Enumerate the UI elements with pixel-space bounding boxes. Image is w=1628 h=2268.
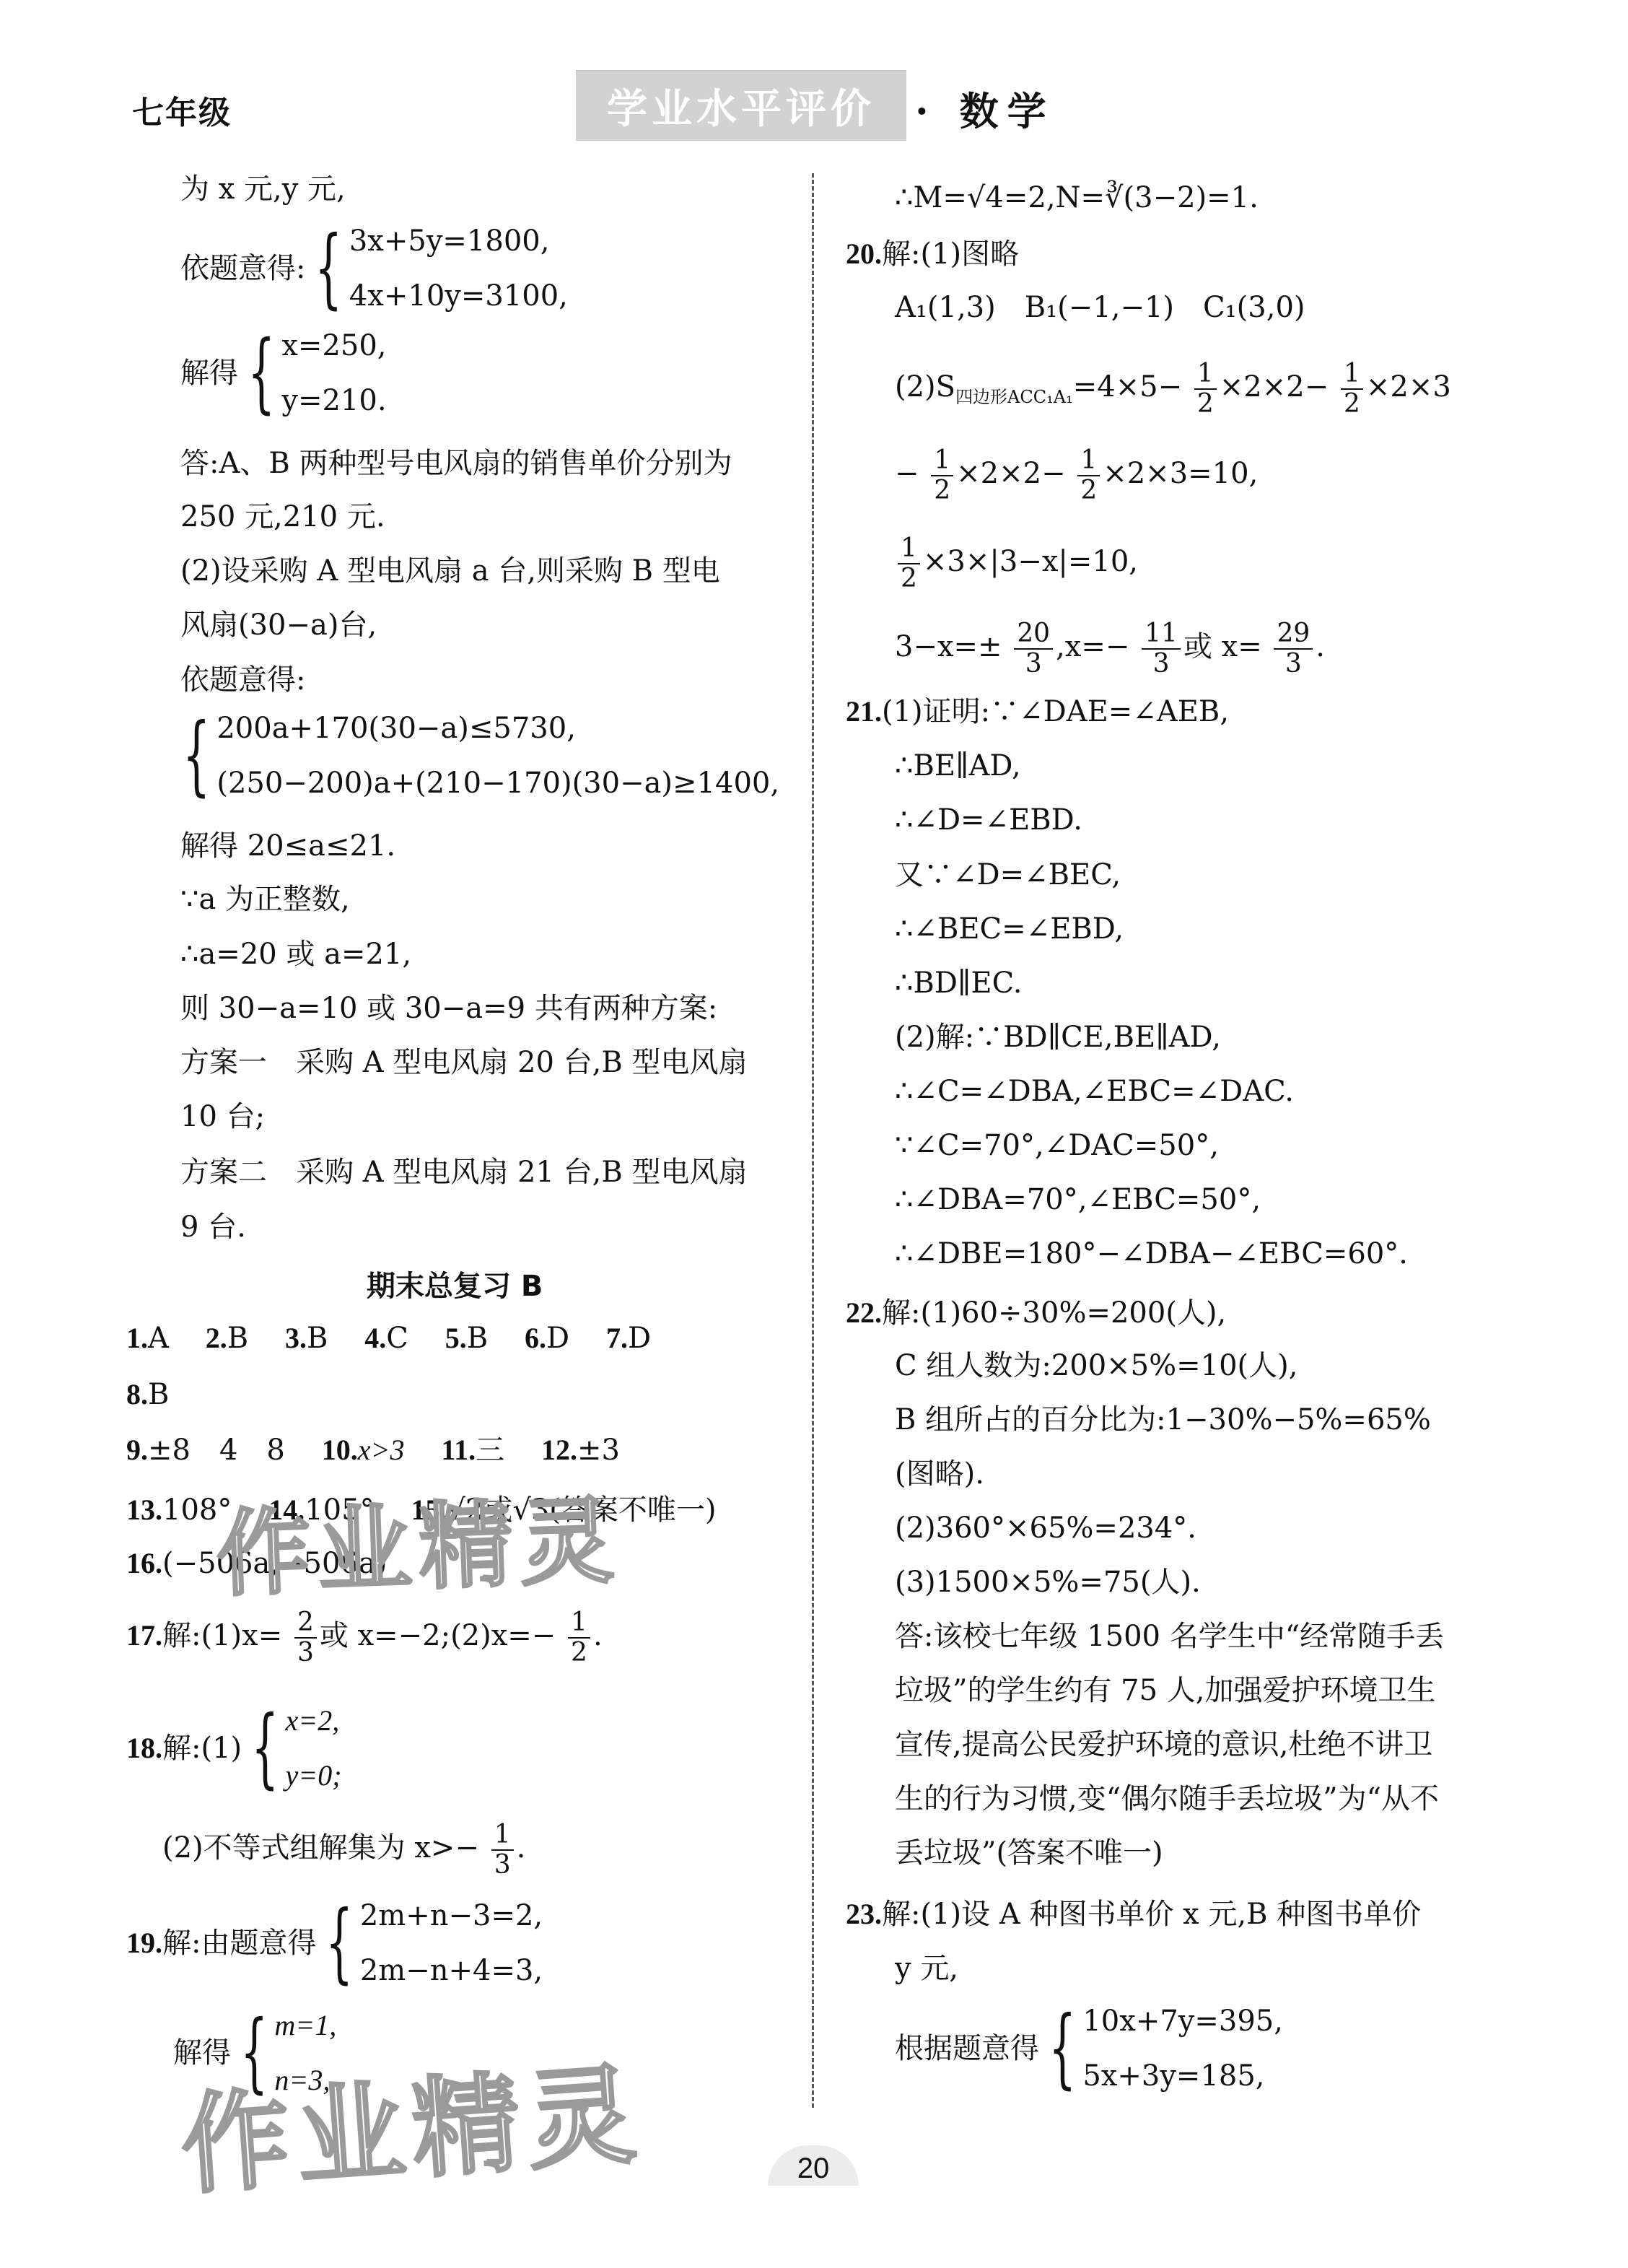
question-number: 15. xyxy=(411,1493,447,1526)
answer-text: . xyxy=(593,1619,603,1652)
question-number: 10. xyxy=(322,1434,358,1466)
answer-row: 12×3×|3−x|=10, xyxy=(895,534,1138,593)
answer-row: 9.±8 4 8 10.x>3 11.三 12.±3 xyxy=(126,1433,620,1467)
text-line: (3)1500×5%=75(人). xyxy=(895,1565,1201,1600)
text-line: ∴a=20 或 a=21, xyxy=(180,937,411,972)
answer-row: 13.108° 14.105° 15.√2或√3(答案不唯一) xyxy=(126,1493,717,1527)
denominator: 2 xyxy=(901,564,917,593)
answer-text: . xyxy=(517,1831,526,1864)
answer-text: 解:(1)x= xyxy=(162,1619,282,1652)
answer-value: B xyxy=(227,1322,248,1355)
answer-value: (−506a,−506a) xyxy=(162,1547,387,1580)
text-line: ∴∠D=∠EBD. xyxy=(895,803,1082,837)
text-line: A₁(1,3) B₁(−1,−1) C₁(3,0) xyxy=(895,290,1305,325)
answer-row: 19.解:由题意得 { 2m+n−3=2, 2m−n+4=3, xyxy=(126,1898,543,1988)
equation-system: 根据题意得 { 10x+7y=395, 5x+3y=185, xyxy=(895,2004,1283,2093)
denominator: 3 xyxy=(1025,650,1042,679)
numerator: 1 xyxy=(1341,359,1363,390)
series-banner: 学业水平评价 xyxy=(576,70,906,141)
answer-value: 三 xyxy=(476,1434,504,1467)
grade-label: 七年级 xyxy=(132,87,232,133)
answer-value: x>3 xyxy=(358,1434,405,1466)
equation-row: x=2, xyxy=(286,1704,342,1738)
fraction: 12 xyxy=(898,534,920,593)
answer-text: 或 x= xyxy=(1183,630,1262,663)
answer-text: 解:(1)图略 xyxy=(882,237,1019,271)
column-divider xyxy=(812,173,814,2108)
text-line: ∴∠DBA=70°,∠EBC=50°, xyxy=(895,1182,1261,1217)
subscript: 四边形ACC₁A₁ xyxy=(955,387,1073,407)
answer-text: ×2×2− xyxy=(1220,370,1329,404)
text-line: 垃圾”的学生约有 75 人,加强爱护环境卫生 xyxy=(895,1673,1436,1708)
answer-value: A xyxy=(148,1322,169,1355)
question-number: 16. xyxy=(126,1547,162,1579)
answer-value: B xyxy=(148,1378,169,1411)
equation-row: y=210. xyxy=(281,383,386,418)
answer-row: 解得 { m=1, n=3, xyxy=(173,2008,336,2098)
answer-text: 解:由题意得 xyxy=(162,1926,316,1960)
equation-row: 2m−n+4=3, xyxy=(360,1953,543,1988)
question-number: 21. xyxy=(846,695,882,728)
watermark: 作业精灵 xyxy=(214,1465,623,1614)
question-number: 1. xyxy=(126,1322,148,1354)
question-number: 20. xyxy=(846,237,882,270)
series-title: 学业水平评价 xyxy=(607,77,875,135)
denominator: 2 xyxy=(1197,390,1214,419)
answer-value: 105° xyxy=(305,1493,374,1527)
answer-text: (2)不等式组解集为 x>− xyxy=(162,1831,479,1864)
answer-text: ×2×3=10, xyxy=(1103,457,1258,490)
text-line: 答:该校七年级 1500 名学生中“经常随手丢 xyxy=(895,1619,1444,1654)
denominator: 3 xyxy=(494,1851,511,1880)
fraction: 12 xyxy=(1077,446,1100,505)
inequality-row: (250−200)a+(210−170)(30−a)≥1400, xyxy=(216,766,779,801)
answer-value: 108° xyxy=(162,1493,232,1527)
answer-value: B xyxy=(307,1322,328,1355)
text-line: 则 30−a=10 或 30−a=9 共有两种方案: xyxy=(180,991,717,1026)
question-number: 2. xyxy=(206,1322,227,1354)
equation-row: y=0; xyxy=(286,1758,342,1793)
text-line: ∴BE∥AD, xyxy=(895,749,1021,783)
answer-row: (2)不等式组解集为 x>− 13. xyxy=(162,1820,525,1880)
brace-icon: { xyxy=(251,1705,279,1792)
numerator: 2 xyxy=(294,1608,317,1639)
text-line: 宣传,提高公民爱护环境的意识,杜绝不讲卫 xyxy=(895,1727,1432,1762)
text-line: 10 台; xyxy=(180,1099,265,1134)
fraction: 293 xyxy=(1274,619,1313,679)
text-line: y 元, xyxy=(895,1951,958,1986)
fraction: 12 xyxy=(1341,359,1363,419)
text-line: 为 x 元,y 元, xyxy=(180,172,346,206)
answer-value: D xyxy=(546,1322,569,1355)
denominator: 2 xyxy=(934,476,950,505)
fraction: 12 xyxy=(1194,359,1217,419)
equation-row: 2m+n−3=2, xyxy=(360,1898,543,1933)
text-line: 方案一 采购 A 型电风扇 20 台,B 型电风扇 xyxy=(180,1045,747,1080)
answer-text: 解:(1)设 A 种图书单价 x 元,B 种图书单价 xyxy=(882,1898,1421,1931)
answer-row: 8.B xyxy=(126,1377,169,1412)
text-line: 方案二 采购 A 型电风扇 21 台,B 型电风扇 xyxy=(180,1155,747,1190)
text-line: C 组人数为:200×5%=10(人), xyxy=(895,1348,1297,1383)
text-line: 答:A、B 两种型号电风扇的销售单价分别为 xyxy=(180,446,732,481)
text-line: (2)设采购 A 型电风扇 a 台,则采购 B 型电 xyxy=(180,554,720,588)
numerator: 1 xyxy=(1194,359,1217,390)
answer-text: − xyxy=(895,457,919,490)
text-label: 依题意得: xyxy=(180,251,305,286)
brace-icon: { xyxy=(183,712,210,799)
question-number: 22. xyxy=(846,1296,882,1329)
inequality-row: 200a+170(30−a)≤5730, xyxy=(216,711,779,746)
equation-row: 10x+7y=395, xyxy=(1082,2004,1283,2038)
numerator: 1 xyxy=(491,1820,514,1851)
brace-icon: { xyxy=(315,225,343,312)
numerator: 1 xyxy=(568,1608,590,1639)
text-line: (图略). xyxy=(895,1457,984,1491)
question-number: 3. xyxy=(285,1322,307,1354)
fraction: 23 xyxy=(294,1608,317,1667)
question-number: 6. xyxy=(525,1322,546,1354)
numerator: 29 xyxy=(1274,619,1313,650)
denominator: 2 xyxy=(571,1639,587,1667)
answer-value: ±8 4 8 xyxy=(148,1434,285,1467)
answer-row: − 12×2×2− 12×2×3=10, xyxy=(895,446,1258,505)
text-line: 解得 20≤a≤21. xyxy=(180,829,395,863)
text-line: 丢垃圾”(答案不唯一) xyxy=(895,1836,1163,1870)
equation-row: m=1, xyxy=(274,2008,336,2043)
text-line: ∵a 为正整数, xyxy=(180,882,350,917)
answer-row: 21.(1)证明:∵∠DAE=∠AEB, xyxy=(846,694,1229,729)
brace-icon: { xyxy=(1049,2005,1076,2092)
answer-row: 1.A 2.B 3.B 4.C 5.B 6.D 7.D xyxy=(126,1321,651,1356)
question-number: 11. xyxy=(441,1434,476,1466)
answer-text: 或 x=−2;(2)x=− xyxy=(320,1619,556,1652)
question-number: 17. xyxy=(126,1619,162,1652)
answer-text: 3−x=± xyxy=(895,630,1002,663)
equation-row: x=250, xyxy=(281,328,386,363)
denominator: 2 xyxy=(1344,390,1360,419)
answer-row: 17.解:(1)x= 23或 x=−2;(2)x=− 12. xyxy=(126,1608,603,1667)
numerator: 1 xyxy=(898,534,920,564)
numerator: 1 xyxy=(931,446,953,476)
question-number: 9. xyxy=(126,1434,148,1466)
text-line: ∴M=√4=2,N=∛(3−2)=1. xyxy=(895,180,1259,215)
answer-text: (2)S xyxy=(895,370,955,404)
numerator: 20 xyxy=(1014,619,1053,650)
answer-text: ,x=− xyxy=(1056,630,1129,663)
fraction: 12 xyxy=(931,446,953,505)
question-number: 4. xyxy=(364,1322,386,1354)
answer-text: 解:(1) xyxy=(162,1731,242,1766)
answer-value: D xyxy=(628,1322,651,1355)
answer-value: √2或√3(答案不唯一) xyxy=(447,1493,716,1527)
text-line: ∴∠BEC=∠EBD, xyxy=(895,912,1124,946)
question-number: 18. xyxy=(126,1731,162,1766)
fraction: 13 xyxy=(491,1820,514,1880)
equation-system: 解得 { x=250, y=210. xyxy=(180,328,387,418)
question-number: 8. xyxy=(126,1378,148,1410)
fraction: 113 xyxy=(1142,619,1181,679)
brace-icon: { xyxy=(248,330,275,416)
answer-text: (1)证明:∵∠DAE=∠AEB, xyxy=(882,695,1229,728)
question-number: 19. xyxy=(126,1926,162,1960)
text-line: B 组所占的百分比为:1−30%−5%=65% xyxy=(895,1403,1431,1437)
denominator: 3 xyxy=(1285,650,1302,679)
text-label: 解得 xyxy=(180,356,238,391)
subject-label: · 数学 xyxy=(915,81,1055,136)
denominator: 3 xyxy=(1153,650,1170,679)
answer-value: C xyxy=(386,1322,408,1355)
question-number: 13. xyxy=(126,1493,162,1526)
answer-value: B xyxy=(467,1322,488,1355)
fraction: 203 xyxy=(1014,619,1053,679)
answer-text: . xyxy=(1316,630,1325,663)
answer-row: 22.解:(1)60÷30%=200(人), xyxy=(846,1296,1226,1330)
equation-row: 3x+5y=1800, xyxy=(349,224,568,258)
text-line: ∵∠C=70°,∠DAC=50°, xyxy=(895,1128,1219,1163)
text-line: ∴∠DBE=180°−∠DBA−∠EBC=60°. xyxy=(895,1237,1408,1271)
answer-text: 解得 xyxy=(173,2036,231,2070)
denominator: 2 xyxy=(1080,476,1097,505)
answer-row: 20.解:(1)图略 xyxy=(846,237,1019,271)
text-line: 又∵∠D=∠BEC, xyxy=(895,858,1121,892)
text-label: 根据题意得 xyxy=(895,2031,1039,2066)
answer-row: 23.解:(1)设 A 种图书单价 x 元,B 种图书单价 xyxy=(846,1897,1421,1932)
text-line: ∴∠C=∠DBA,∠EBC=∠DAC. xyxy=(895,1074,1294,1109)
question-number: 12. xyxy=(541,1434,577,1466)
numerator: 1 xyxy=(1077,446,1100,476)
text-line: 依题意得: xyxy=(180,663,305,697)
brace-icon: { xyxy=(240,2010,268,2096)
text-line: 250 元,210 元. xyxy=(180,500,385,534)
text-line: ∴BD∥EC. xyxy=(895,966,1022,1000)
question-number: 23. xyxy=(846,1898,882,1930)
answer-text: ×2×3 xyxy=(1366,370,1451,404)
answer-value: ±3 xyxy=(577,1434,620,1467)
question-number: 14. xyxy=(268,1493,305,1526)
answer-text: =4×5− xyxy=(1073,370,1182,404)
answer-row: 3−x=± 203,x=− 113或 x= 293. xyxy=(895,619,1325,679)
text-line: (2)解:∵BD∥CE,BE∥AD, xyxy=(895,1020,1221,1055)
question-number: 5. xyxy=(445,1322,467,1354)
answer-row: 16.(−506a,−506a) xyxy=(126,1546,387,1581)
answer-row: 18.解:(1) { x=2, y=0; xyxy=(126,1704,342,1793)
fraction: 12 xyxy=(568,1608,590,1667)
page-number: 20 xyxy=(768,2145,859,2186)
answer-row: (2)S四边形ACC₁A₁=4×5− 12×2×2− 12×2×3 xyxy=(895,359,1451,419)
text-line: 风扇(30−a)台, xyxy=(180,608,377,642)
answer-text: ×3×|3−x|=10, xyxy=(923,545,1138,578)
inequality-system: { 200a+170(30−a)≤5730, (250−200)a+(210−1… xyxy=(173,711,779,801)
denominator: 3 xyxy=(297,1639,314,1667)
equation-row: n=3, xyxy=(274,2063,336,2098)
numerator: 11 xyxy=(1142,619,1181,650)
brace-icon: { xyxy=(326,1900,354,1986)
equation-row: 4x+10y=3100, xyxy=(349,279,568,313)
text-line: 9 台. xyxy=(180,1210,246,1244)
answer-text: ×2×2− xyxy=(956,457,1065,490)
answer-text: 解:(1)60÷30%=200(人), xyxy=(882,1296,1226,1330)
text-line: 生的行为习惯,变“偶尔随手丢垃圾”为“从不 xyxy=(895,1781,1439,1816)
text-line: (2)360°×65%=234°. xyxy=(895,1511,1196,1545)
equation-system: 依题意得: { 3x+5y=1800, 4x+10y=3100, xyxy=(180,224,568,313)
equation-row: 5x+3y=185, xyxy=(1082,2059,1283,2093)
section-title: 期末总复习 B xyxy=(367,1263,543,1304)
question-number: 7. xyxy=(606,1322,628,1354)
